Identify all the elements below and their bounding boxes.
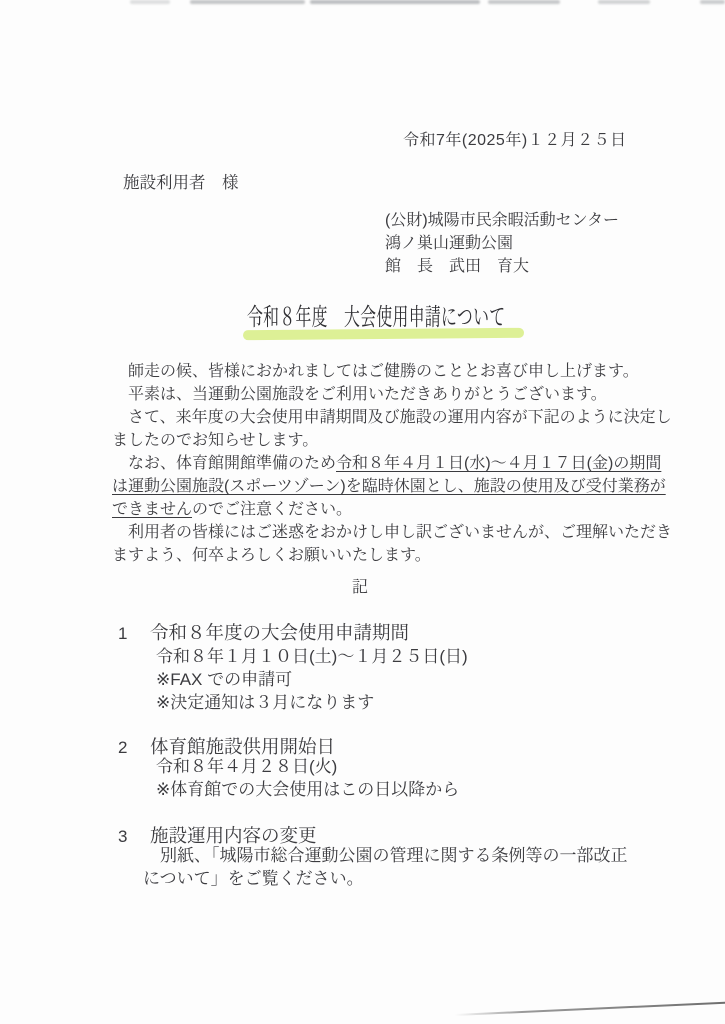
item-1-number: 1: [118, 624, 150, 644]
text-segment: 平素は、当運動公園施設をご利用いただきありがとうございます。: [112, 386, 607, 403]
body-line: できませんのでご注意ください。: [112, 498, 672, 521]
scan-artifact-top-edge: [488, 0, 560, 4]
record-marker: 記: [100, 574, 620, 597]
item-2-details: 令和８年４月２８日(火)※体育館での大会使用はこの日以降から: [156, 755, 459, 801]
body-paragraphs: 師走の候、皆様におかれましてはご健勝のこととお喜び申し上げます。 平素は、当運動…: [112, 360, 672, 567]
item-1-heading: 令和８年度の大会使用申請期間: [150, 622, 409, 643]
text-segment: 師走の候、皆様におかれましてはご健勝のこととお喜び申し上げます。: [112, 363, 639, 380]
text-segment: のでご注意ください。: [192, 501, 352, 518]
item-3-details: 別紙、「城陽市総合運動公園の管理に関する条例等の一部改正について」をご覧ください…: [143, 844, 628, 890]
item-3-heading: 施設運用内容の変更: [150, 825, 317, 846]
sender-facility: 鴻ノ巣山運動公園: [385, 232, 619, 255]
scan-artifact-bottom-edge: [455, 1002, 725, 1016]
sender-director: 館 長 武田 育大: [385, 255, 619, 278]
text-line: 別紙、「城陽市総合運動公園の管理に関する条例等の一部改正: [143, 844, 628, 867]
text-line: 令和８年１月１０日(土)～１月２５日(日): [156, 645, 468, 668]
text-segment: 利用者の皆様にはご迷惑をおかけし申し訳ございませんが、ご理解いただき: [112, 524, 672, 541]
text-segment: なお、体育館開館準備のため: [112, 455, 336, 472]
text-segment: ますよう、何卒よろしくお願いいたします。: [112, 547, 431, 564]
underlined-text: は運動公園施設(スポーツゾーン)を臨時休園とし、施設の使用及び受付業務が: [112, 478, 666, 495]
body-line: 師走の候、皆様におかれましてはご健勝のこととお喜び申し上げます。: [112, 360, 672, 383]
body-line: なお、体育館開館準備のため令和８年４月１日(水)～４月１７日(金)の期間: [112, 452, 672, 475]
body-line: 利用者の皆様にはご迷惑をおかけし申し訳ございませんが、ご理解いただき: [112, 521, 672, 544]
recipient-line: 施設利用者 様: [123, 169, 239, 193]
underlined-text: できません: [112, 501, 192, 518]
scan-artifact-top-edge: [130, 0, 170, 4]
document-date: 令和7年(2025年)１２月２５日: [403, 127, 627, 150]
text-segment: ましたのでお知らせします。: [112, 432, 318, 449]
item-2-number: 2: [118, 738, 150, 758]
text-line: 令和８年４月２８日(火): [156, 755, 459, 778]
body-line: 平素は、当運動公園施設をご利用いただきありがとうございます。: [112, 383, 672, 406]
body-line: さて、来年度の大会使用申請期間及び施設の運用内容が下記のように決定し: [112, 406, 672, 429]
scan-artifact-top-edge: [310, 0, 480, 4]
text-line: ※決定通知は３月になります: [156, 691, 468, 714]
sender-organization: (公財)城陽市民余暇活動センター: [385, 209, 619, 232]
text-segment: さて、来年度の大会使用申請期間及び施設の運用内容が下記のように決定し: [112, 409, 672, 426]
sender-block: (公財)城陽市民余暇活動センター 鴻ノ巣山運動公園 館 長 武田 育大: [385, 209, 619, 278]
document-title-text: 令和８年度 大会使用申請について: [247, 297, 505, 332]
body-line: ますよう、何卒よろしくお願いいたします。: [112, 544, 672, 567]
scan-artifact-top-edge: [190, 0, 305, 4]
item-1-heading-row: 1令和８年度の大会使用申請期間: [118, 619, 409, 645]
scan-artifact-top-edge: [700, 0, 725, 4]
scan-artifact-top-edge: [598, 0, 650, 4]
text-line: ※体育館での大会使用はこの日以降から: [156, 778, 459, 801]
text-line: ※FAX での申請可: [156, 668, 468, 691]
document-title: 令和８年度 大会使用申請について: [247, 297, 639, 332]
body-line: ましたのでお知らせします。: [112, 429, 672, 452]
text-line: について」をご覧ください。: [143, 867, 628, 890]
underlined-text: 令和８年４月１日(水)～４月１７日(金)の期間: [336, 455, 661, 472]
item-2-heading: 体育館施設供用開始日: [150, 736, 335, 757]
item-1-details: 令和８年１月１０日(土)～１月２５日(日)※FAX での申請可※決定通知は３月に…: [156, 645, 468, 714]
scanned-letter-page: 令和7年(2025年)１２月２５日 施設利用者 様 (公財)城陽市民余暇活動セン…: [0, 0, 725, 1024]
body-line: は運動公園施設(スポーツゾーン)を臨時休園とし、施設の使用及び受付業務が: [112, 475, 672, 498]
